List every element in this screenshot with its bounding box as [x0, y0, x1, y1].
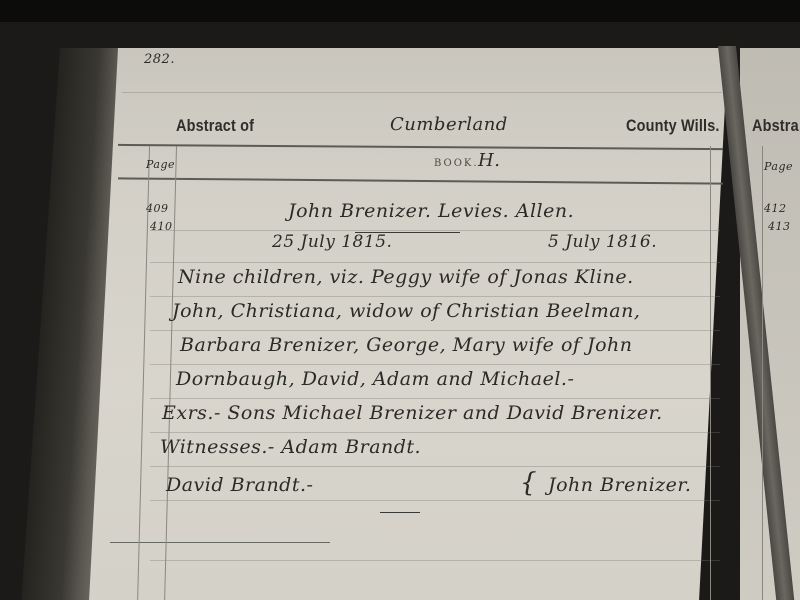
right-margin-rule	[710, 146, 711, 600]
right-page-ref: 413	[768, 220, 791, 233]
ruled-line	[150, 364, 720, 365]
witness-underline	[380, 512, 420, 513]
page-ref: 410	[150, 220, 173, 233]
header-abstract-of: Abstract of	[176, 116, 254, 136]
book-value: H.	[478, 150, 500, 171]
ruled-line	[122, 92, 722, 93]
entry-separator	[110, 542, 330, 543]
signature: John Brenizer.	[548, 474, 691, 496]
ruled-line	[150, 398, 720, 399]
date-written: 25 July 1815.	[272, 232, 392, 252]
entry-line: John, Christiana, widow of Christian Bee…	[172, 300, 640, 322]
date-probated: 5 July 1816.	[548, 232, 657, 252]
right-page-column-rule	[762, 146, 763, 600]
entry-line: Witnesses.- Adam Brandt.	[160, 436, 421, 458]
dark-background-top	[0, 0, 800, 22]
ruled-line	[150, 466, 720, 467]
ruled-line	[150, 560, 720, 561]
testator-line: John Brenizer. Levies. Allen.	[288, 200, 574, 222]
right-page-column-header: Page	[764, 160, 793, 173]
entry-line: Dornbaugh, David, Adam and Michael.-	[176, 368, 574, 390]
entry-line: Exrs.- Sons Michael Brenizer and David B…	[162, 402, 663, 424]
ruled-line	[150, 262, 720, 263]
ruled-line	[150, 500, 720, 501]
book-label: BOOK.	[434, 158, 479, 169]
page-ref: 409	[146, 202, 169, 215]
right-page-ref: 412	[764, 202, 787, 215]
county-name: Cumberland	[390, 114, 508, 135]
entry-line: Nine children, viz. Peggy wife of Jonas …	[178, 266, 634, 288]
signature-brace: {	[520, 468, 537, 498]
second-witness: David Brandt.-	[166, 474, 313, 496]
page-number: 282.	[144, 52, 175, 67]
right-page-header: Abstra	[752, 116, 799, 136]
ruled-line	[150, 230, 720, 231]
entry-line: Barbara Brenizer, George, Mary wife of J…	[180, 334, 633, 356]
header-county-wills: County Wills.	[626, 116, 720, 136]
ruled-line	[150, 330, 720, 331]
page-column-header: Page	[146, 158, 175, 171]
ruled-line	[150, 432, 720, 433]
ruled-line	[150, 296, 720, 297]
